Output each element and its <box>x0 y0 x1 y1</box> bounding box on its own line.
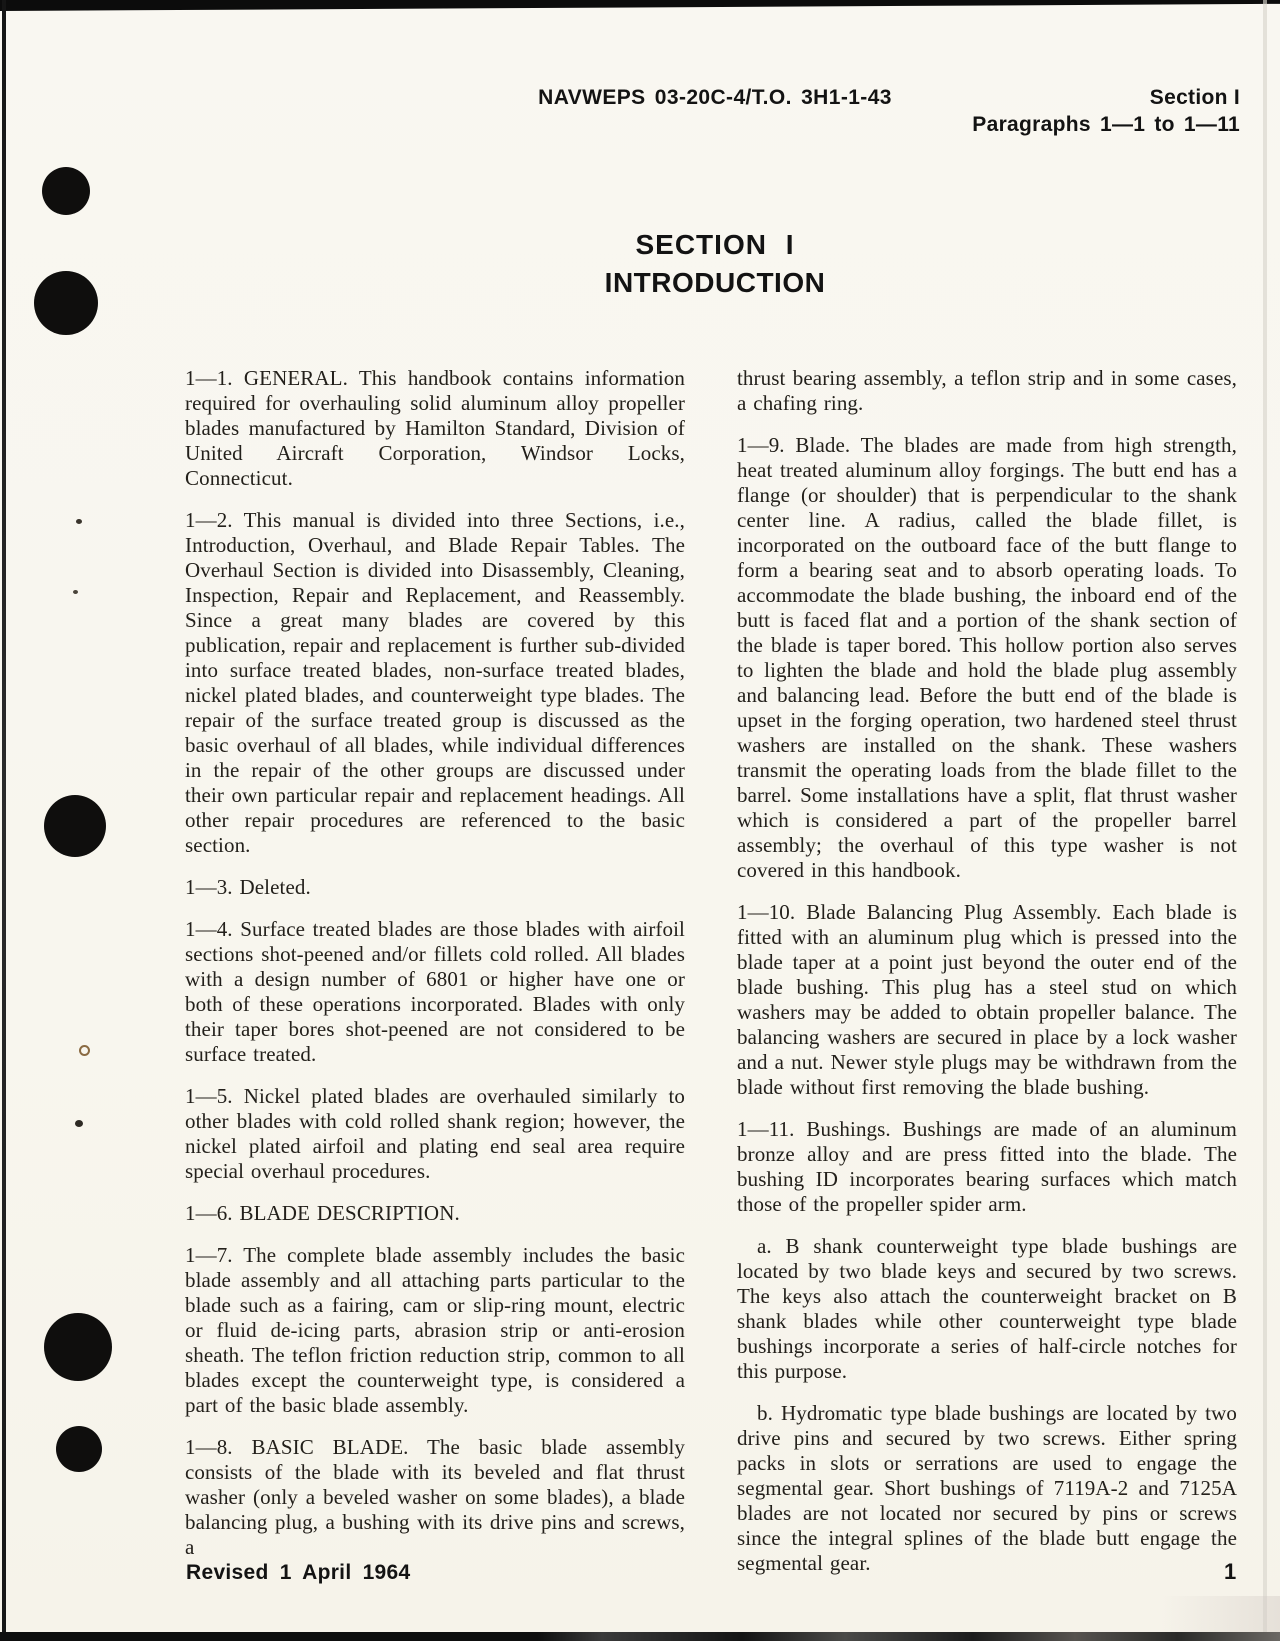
right-column: thrust bearing assembly, a teflon strip … <box>737 366 1237 1576</box>
scan-speck <box>73 590 78 594</box>
paragraph-1-8: 1—8. BASIC BLADE. The basic blade assemb… <box>185 1435 685 1560</box>
paragraph-1-7: 1—7. The complete blade assembly include… <box>185 1243 685 1418</box>
left-column: 1—1. GENERAL. This handbook contains inf… <box>185 366 685 1576</box>
binder-hole <box>34 271 98 335</box>
scan-speck <box>79 1045 90 1056</box>
paragraph-1-2: 1—2. This manual is divided into three S… <box>185 508 685 858</box>
page-left-edge-shadow <box>2 0 6 1634</box>
page-right-edge-shadow <box>1263 0 1267 1641</box>
footer-revision-date: Revised 1 April 1964 <box>186 1561 411 1585</box>
paragraph-1-10: 1—10. Blade Balancing Plug Assembly. Eac… <box>737 900 1237 1100</box>
binder-hole <box>56 1426 102 1472</box>
header-section-label: Section I <box>1150 86 1240 110</box>
header-paragraph-range: Paragraphs 1—1 to 1—11 <box>972 113 1240 137</box>
section-subtitle: INTRODUCTION <box>185 269 1245 297</box>
paragraph-1-3: 1—3. Deleted. <box>185 875 685 900</box>
paragraph-b: b. Hydromatic type blade bushings are lo… <box>737 1401 1237 1576</box>
paragraph-1-5: 1—5. Nickel plated blades are overhauled… <box>185 1084 685 1184</box>
paragraph-1-11: 1—11. Bushings. Bushings are made of an … <box>737 1117 1237 1217</box>
scan-speck <box>75 1120 83 1127</box>
footer-page-number: 1 <box>1224 1559 1236 1585</box>
header-doc-number: NAVWEPS 03-20C-4/T.O. 3H1-1-43 <box>185 86 1245 110</box>
binder-hole <box>44 795 106 857</box>
body-columns: 1—1. GENERAL. This handbook contains inf… <box>185 366 1238 1576</box>
scanned-manual-page: NAVWEPS 03-20C-4/T.O. 3H1-1-43 Section I… <box>0 0 1280 1641</box>
paragraph-1-4: 1—4. Surface treated blades are those bl… <box>185 917 685 1067</box>
paragraph-a: a. B shank counterweight type blade bush… <box>737 1234 1237 1384</box>
scan-speck <box>76 519 82 524</box>
page-corner-shade <box>1160 1596 1280 1632</box>
page-top-edge-shadow <box>0 0 1280 11</box>
section-title: SECTION I <box>185 231 1245 259</box>
paragraph-1-8-cont: thrust bearing assembly, a teflon strip … <box>737 366 1237 416</box>
paragraph-1-6: 1—6. BLADE DESCRIPTION. <box>185 1201 685 1226</box>
page-bottom-edge-shadow <box>0 1632 1280 1641</box>
binder-hole <box>42 167 90 215</box>
paragraph-1-1: 1—1. GENERAL. This handbook contains inf… <box>185 366 685 491</box>
binder-hole <box>44 1313 112 1381</box>
paragraph-1-9: 1—9. Blade. The blades are made from hig… <box>737 433 1237 883</box>
